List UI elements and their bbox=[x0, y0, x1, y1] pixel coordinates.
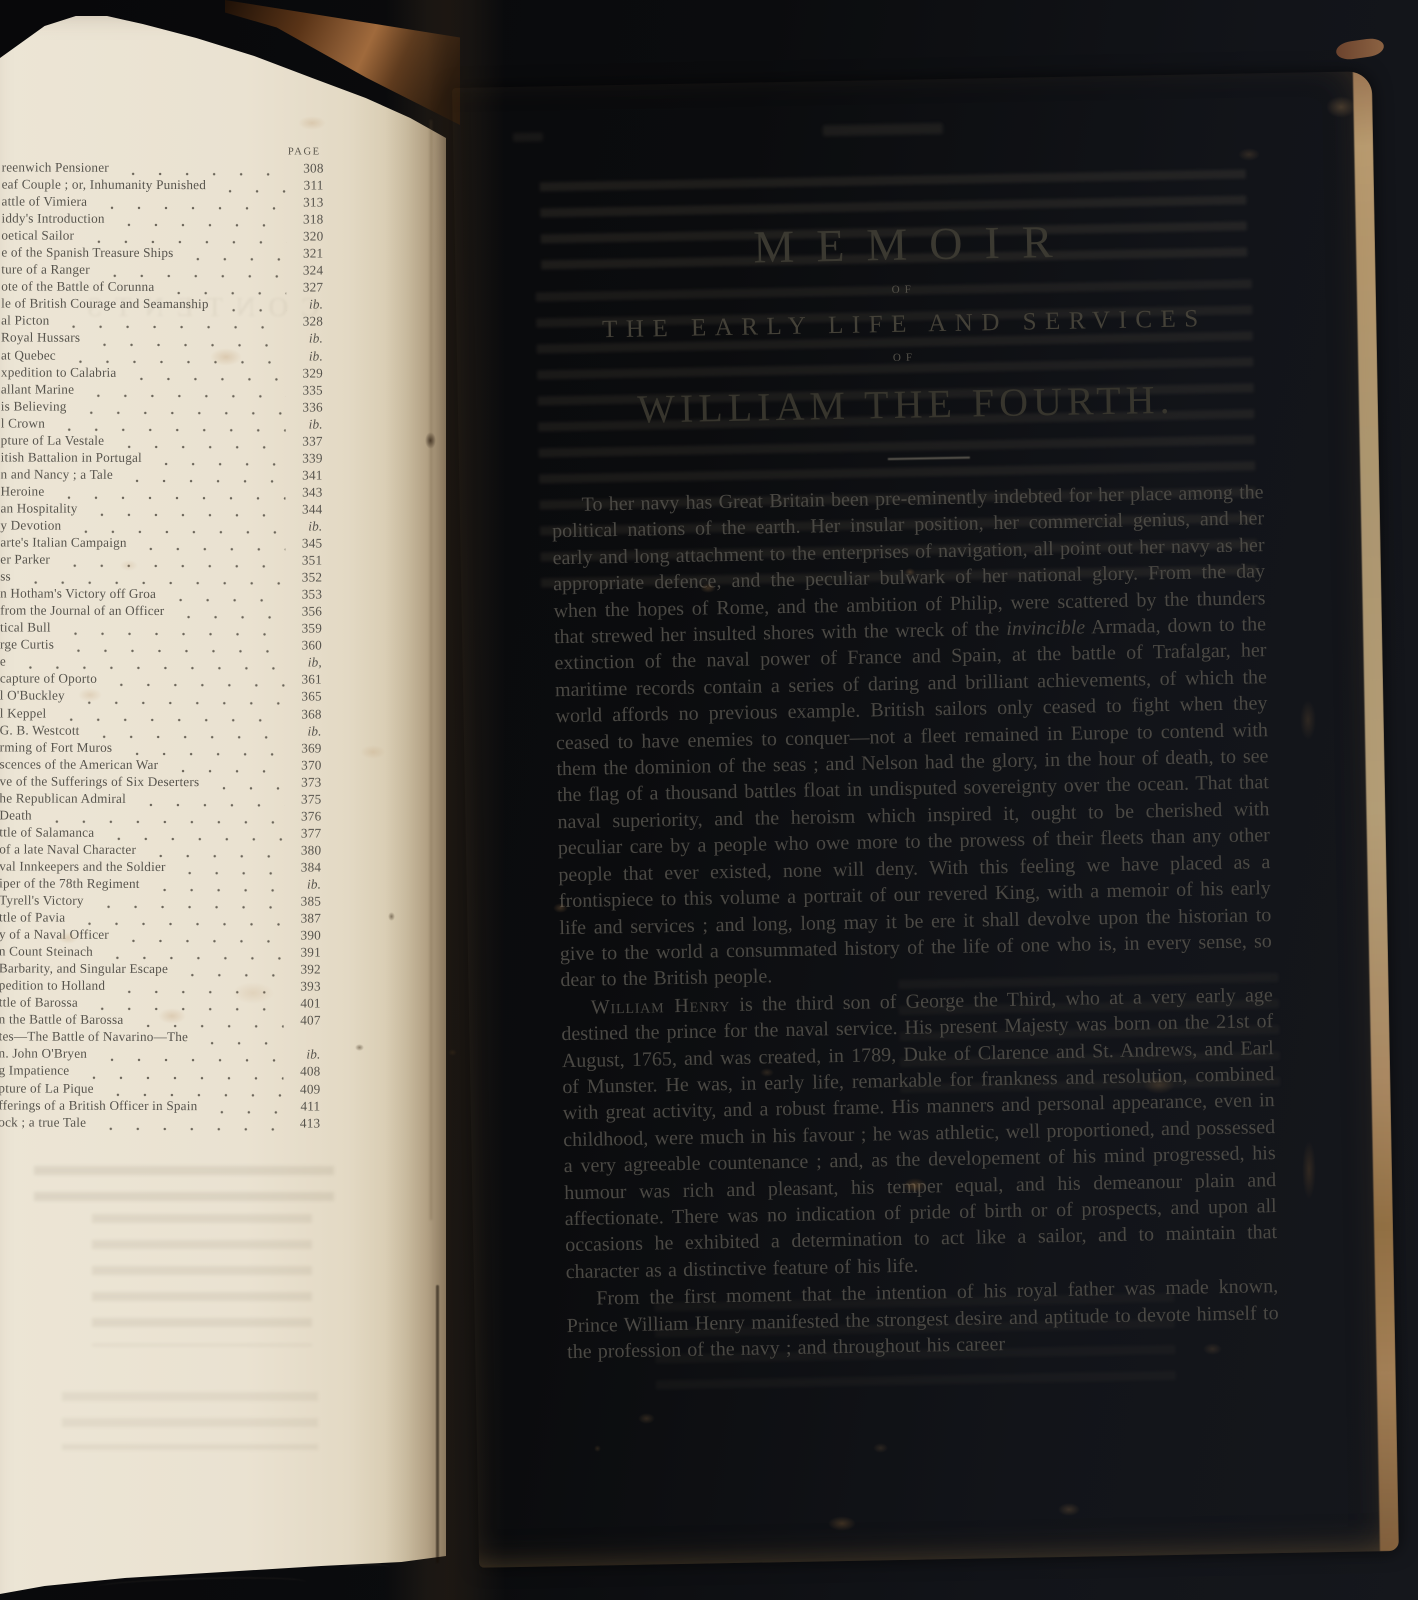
italic-text: invincible bbox=[1006, 617, 1085, 640]
small-caps-text: William Henry bbox=[591, 994, 731, 1019]
toc-entry-title: at Quebec bbox=[1, 347, 56, 363]
toc-entry: capture of Oporto 361 bbox=[0, 671, 322, 689]
dot-leader bbox=[110, 985, 284, 996]
toc-entry-title: Tyrell's Victory bbox=[0, 892, 84, 908]
dot-leader bbox=[85, 337, 286, 348]
toc-entry: xpedition to Calabria 329 bbox=[1, 364, 323, 382]
toc-entry: rge Curtis 360 bbox=[0, 637, 322, 655]
right-page: MEMOIR OF THE EARLY LIFE AND SERVICES OF… bbox=[452, 71, 1399, 1568]
memoir-paragraphs: To her navy has Great Britain been pre-e… bbox=[551, 479, 1279, 1365]
toc-entry-title: n. John O'Bryen bbox=[0, 1046, 87, 1062]
toc-entry-title: pture of La Vestale bbox=[1, 432, 105, 448]
toc-entry-title: he Republican Admiral bbox=[0, 790, 126, 806]
toc-entry: n and Nancy ; a Tale 341 bbox=[1, 466, 323, 484]
toc-entry: ture of a Ranger 324 bbox=[1, 262, 323, 280]
dot-leader bbox=[54, 320, 286, 331]
toc-entry-title: n the Battle of Barossa bbox=[0, 1012, 123, 1028]
toc-entry-page-number: 311 bbox=[292, 177, 324, 193]
toc-entry-page-number: 353 bbox=[290, 587, 322, 603]
toc-entry: tical Bull 359 bbox=[0, 620, 322, 638]
gutter-crease-line bbox=[436, 1285, 439, 1563]
memoir-paragraph: To her navy has Great Britain been pre-e… bbox=[551, 479, 1272, 994]
toc-entry-title: Death bbox=[0, 807, 32, 823]
toc-entry: n Count Steinach 391 bbox=[0, 944, 321, 962]
toc-entry-title: tes—The Battle of Navarino—The bbox=[0, 1029, 188, 1046]
toc-entry: itish Battalion in Portugal 339 bbox=[1, 449, 323, 467]
toc-entry-title: fferings of a British Officer in Spain bbox=[0, 1097, 197, 1114]
toc-entry-page-number: 345 bbox=[290, 535, 322, 551]
toc-entry-title: xpedition to Calabria bbox=[1, 364, 117, 380]
toc-entry-page-number: 318 bbox=[291, 212, 323, 228]
toc-entry-page-number: 385 bbox=[289, 893, 321, 909]
toc-entry-page-number: 361 bbox=[290, 672, 322, 688]
dot-leader bbox=[211, 184, 287, 194]
toc-entry-page-number: 380 bbox=[289, 842, 321, 858]
toc-entry: pedition to Holland 393 bbox=[0, 978, 321, 996]
toc-entry: al Picton 328 bbox=[1, 313, 323, 331]
toc-entry: Barbarity, and Singular Escape 392 bbox=[0, 961, 321, 979]
toc-entry-page-number: 368 bbox=[290, 706, 322, 722]
foxing-spot bbox=[448, 1049, 457, 1056]
toc-entry: ttle of Barossa 401 bbox=[0, 995, 321, 1013]
title-of-word: OF bbox=[548, 277, 1260, 302]
leather-corner-fragment bbox=[1335, 37, 1385, 62]
toc-entry: le of British Courage and Seamanship ib. bbox=[1, 296, 323, 314]
dot-leader bbox=[79, 388, 286, 399]
dot-leader bbox=[114, 934, 284, 945]
toc-entry-page-number: 365 bbox=[290, 689, 322, 705]
toc-entry-title: ve of the Sufferings of Six Deserters bbox=[0, 773, 199, 790]
bleed-through-text bbox=[92, 1214, 312, 1346]
toc-entry: oetical Sailor 320 bbox=[1, 228, 323, 246]
body-text: Armada, down to the extinction of the na… bbox=[554, 613, 1272, 991]
memoir-paragraph: William Henry is the third son of George… bbox=[561, 982, 1278, 1285]
toc-entry-title: pedition to Holland bbox=[0, 978, 105, 994]
toc-entry-title: l Crown bbox=[1, 415, 45, 431]
toc-entry-page-number: ib. bbox=[289, 876, 321, 892]
toc-entry-title: itish Battalion in Portugal bbox=[1, 449, 142, 465]
title-divider-rule bbox=[888, 457, 970, 461]
toc-entry-page-number: ib. bbox=[291, 416, 323, 432]
dot-leader bbox=[51, 712, 284, 723]
toc-entry-page-number: 335 bbox=[291, 382, 323, 398]
toc-entry-title: reenwich Pensioner bbox=[2, 159, 109, 175]
toc-entry-title: er Parker bbox=[0, 552, 50, 568]
toc-entry-page-number: 329 bbox=[291, 365, 323, 381]
toc-entry-title: tical Bull bbox=[0, 620, 51, 636]
toc-entry: Royal Hussars ib. bbox=[1, 330, 323, 348]
toc-entry: ttle of Salamanca 377 bbox=[0, 824, 321, 842]
toc-entry-title: from the Journal of an Officer bbox=[0, 603, 164, 620]
toc-entry-title: n Hotham's Victory off Groa bbox=[0, 586, 156, 603]
toc-entry-page-number: 390 bbox=[289, 928, 321, 944]
toc-entry: allant Marine 335 bbox=[1, 381, 323, 399]
toc-entry-page-number: 339 bbox=[291, 450, 323, 466]
dot-leader bbox=[109, 440, 286, 451]
toc-entry-page-number: 359 bbox=[290, 621, 322, 637]
toc-entry: an Hospitality 344 bbox=[0, 500, 322, 518]
toc-entry: scences of the American War 370 bbox=[0, 756, 322, 774]
dot-leader bbox=[214, 304, 286, 314]
toc-entry: y Devotion ib. bbox=[0, 517, 322, 535]
memoir-content: MEMOIR OF THE EARLY LIFE AND SERVICES OF… bbox=[544, 73, 1279, 1365]
toc-entry-page-number: 409 bbox=[288, 1081, 320, 1097]
toc-entry: iper of the 78th Regiment ib. bbox=[0, 875, 321, 893]
dot-leader bbox=[102, 678, 285, 689]
toc-entry-title: ttle of Pavia bbox=[0, 909, 65, 925]
toc-entry: l Crown ib. bbox=[1, 415, 323, 433]
dot-leader bbox=[95, 269, 287, 280]
toc-entry-page-number: 344 bbox=[290, 501, 322, 517]
toc-entry: tes—The Battle of Navarino—The bbox=[0, 1029, 321, 1047]
toc-entry-title: n Count Steinach bbox=[0, 944, 93, 960]
toc-entry: rming of Fort Muros 369 bbox=[0, 739, 322, 757]
toc-entry-title: ture of a Ranger bbox=[1, 262, 90, 278]
toc-entry-page-number: 375 bbox=[289, 791, 321, 807]
toc-entry-title: G. B. Westcott bbox=[0, 722, 80, 738]
toc-entry: ss 352 bbox=[0, 569, 322, 587]
pencil-scribble bbox=[344, 1563, 390, 1573]
memoir-paragraph: From the first moment that the intention… bbox=[566, 1273, 1279, 1365]
toc-entry-page-number: ib. bbox=[291, 348, 323, 364]
toc-entry-page-number: 324 bbox=[291, 263, 323, 279]
dot-leader bbox=[193, 1037, 284, 1047]
toc-entry-page-number: 341 bbox=[291, 467, 323, 483]
toc-entry-title: l O'Buckley bbox=[0, 688, 65, 704]
toc-entry-page-number: 377 bbox=[289, 825, 321, 841]
dot-leader bbox=[91, 1121, 283, 1132]
dot-leader bbox=[121, 371, 285, 382]
toc-entry-page-number: ib. bbox=[290, 723, 322, 739]
page-deckle-edge bbox=[1353, 71, 1399, 1551]
toc-rows: reenwich Pensioner 308 eaf Couple ; or, … bbox=[0, 159, 324, 1132]
toc-entry-title: n and Nancy ; a Tale bbox=[1, 466, 113, 482]
dot-leader bbox=[141, 849, 284, 859]
toc-entry-title: pture of La Pique bbox=[0, 1080, 94, 1096]
toc-entry-page-number: 384 bbox=[289, 859, 321, 875]
toc-entry: he Republican Admiral 375 bbox=[0, 790, 321, 808]
dot-leader bbox=[55, 559, 285, 570]
dot-leader bbox=[72, 405, 286, 416]
toc-entry: arte's Italian Campaign 345 bbox=[0, 534, 322, 552]
toc-entry: ve of the Sufferings of Six Deserters 37… bbox=[0, 773, 322, 791]
toc-entry: ttle of Pavia 387 bbox=[0, 909, 321, 927]
title-block: MEMOIR OF THE EARLY LIFE AND SERVICES OF… bbox=[547, 211, 1263, 466]
toc-entry: n Hotham's Victory off Groa 353 bbox=[0, 586, 322, 604]
toc-entry-title: allant Marine bbox=[1, 381, 74, 397]
toc-entry: Heroine 343 bbox=[0, 483, 322, 501]
toc-entry-title: Royal Hussars bbox=[1, 330, 80, 346]
toc-entry-page-number: 393 bbox=[289, 979, 321, 995]
dot-leader bbox=[56, 627, 285, 638]
dot-leader bbox=[117, 746, 284, 757]
toc-entry-page-number: ib, bbox=[290, 655, 322, 671]
toc-entry-title: Barbarity, and Singular Escape bbox=[0, 961, 168, 978]
dot-leader bbox=[118, 474, 286, 485]
toc-entry-page-number: 376 bbox=[289, 808, 321, 824]
dot-leader bbox=[202, 1105, 283, 1115]
toc-entry: l Keppel 368 bbox=[0, 705, 322, 723]
toc-entry: reenwich Pensioner 308 bbox=[2, 159, 324, 177]
toc-entry-page-number: 321 bbox=[291, 246, 323, 262]
dot-leader bbox=[92, 1053, 284, 1064]
toc-entry-title: e of the Spanish Treasure Ships bbox=[1, 245, 173, 262]
pencil-scribble bbox=[96, 1575, 306, 1593]
toc-entry-page-number: 369 bbox=[290, 740, 322, 756]
toc-entry-page-number: 320 bbox=[291, 229, 323, 245]
toc-entry-title: al Picton bbox=[1, 313, 49, 329]
toc-entry: val Innkeepers and the Soldier 384 bbox=[0, 858, 321, 876]
dot-leader bbox=[159, 286, 286, 296]
dot-leader bbox=[163, 764, 284, 774]
gutter-crease-line-faint bbox=[430, 120, 432, 1220]
dot-leader bbox=[99, 832, 284, 843]
toc-entry-page-number: ib. bbox=[289, 1047, 321, 1063]
toc-entry-page-number: 411 bbox=[288, 1098, 320, 1114]
toc-entry-page-number: ib. bbox=[290, 518, 322, 534]
toc-entry-page-number: 336 bbox=[291, 399, 323, 415]
toc-entry-page-number: 401 bbox=[289, 996, 321, 1012]
toc-entry-title: capture of Oporto bbox=[0, 671, 97, 687]
dot-leader bbox=[204, 781, 284, 791]
toc-entry: Death 376 bbox=[0, 807, 321, 825]
toc-entry-title: rming of Fort Muros bbox=[0, 739, 112, 755]
toc-entry: g Impatience 408 bbox=[0, 1063, 321, 1081]
toc-entry: er Parker 351 bbox=[0, 552, 322, 570]
toc-entry: iddy's Introduction 318 bbox=[1, 211, 323, 229]
toc-entry-title: g Impatience bbox=[0, 1063, 69, 1079]
dot-leader bbox=[173, 968, 284, 978]
dot-leader bbox=[85, 729, 285, 740]
toc-entry-page-number: 343 bbox=[290, 484, 322, 500]
toc-entry-title: y Devotion bbox=[0, 517, 61, 533]
toc-entry: n the Battle of Barossa 407 bbox=[0, 1012, 321, 1030]
toc-entry-page-number: ib. bbox=[291, 297, 323, 313]
toc-entry-page-number: ib. bbox=[291, 331, 323, 347]
toc-entry-title: attle of Vimiera bbox=[1, 194, 87, 210]
toc-entry: attle of Vimiera 313 bbox=[1, 194, 323, 212]
title-of-word: OF bbox=[549, 345, 1261, 370]
body-text: is the third son of George the Third, wh… bbox=[561, 984, 1277, 1283]
toc-entry: ock ; a true Tale 413 bbox=[0, 1114, 320, 1132]
dot-leader bbox=[147, 457, 286, 467]
toc-entry-title: ock ; a true Tale bbox=[0, 1114, 86, 1130]
toc-entry: pture of La Pique 409 bbox=[0, 1080, 320, 1098]
toc-entry: pture of La Vestale 337 bbox=[1, 432, 323, 450]
toc-entry: Tyrell's Victory 385 bbox=[0, 892, 321, 910]
dot-leader bbox=[83, 508, 286, 519]
bleed-through-text bbox=[34, 1166, 334, 1210]
dot-leader bbox=[145, 883, 285, 893]
dot-leader bbox=[161, 593, 285, 603]
book-photo: { "book": { "left_page": { "page_header"… bbox=[0, 0, 1418, 1600]
toc-entry: eaf Couple ; or, Inhumanity Punished 311 bbox=[2, 176, 324, 194]
toc-entry: from the Journal of an Officer 356 bbox=[0, 603, 322, 621]
body-text: From the first moment that the intention… bbox=[566, 1275, 1278, 1363]
toc-entry: fferings of a British Officer in Spain 4… bbox=[0, 1097, 320, 1115]
toc-entry-title: is Believing bbox=[1, 398, 67, 414]
toc-entry-title: e bbox=[0, 654, 6, 670]
toc-entry: ote of the Battle of Corunna 327 bbox=[1, 279, 323, 297]
dot-leader bbox=[171, 866, 285, 876]
toc-entry-title: ttle of Barossa bbox=[0, 995, 78, 1011]
dot-leader bbox=[132, 542, 286, 553]
toc-entry-title: of a late Naval Character bbox=[0, 841, 136, 857]
toc-entry-page-number: 337 bbox=[291, 433, 323, 449]
dot-leader bbox=[92, 201, 286, 212]
toc-entry: e of the Spanish Treasure Ships 321 bbox=[1, 245, 323, 263]
toc-entry-title: val Innkeepers and the Soldier bbox=[0, 858, 166, 875]
toc-entry: at Quebec ib. bbox=[1, 347, 323, 365]
toc-entry-title: arte's Italian Campaign bbox=[0, 534, 126, 550]
dot-leader bbox=[79, 235, 286, 246]
dot-leader bbox=[49, 491, 285, 502]
toc-entry-title: le of British Courage and Seamanship bbox=[1, 296, 209, 313]
toc-entry: l O'Buckley 365 bbox=[0, 688, 322, 706]
toc-page-column-header: PAGE bbox=[2, 145, 324, 157]
toc-entry-page-number: 351 bbox=[290, 553, 322, 569]
toc-entry-title: ote of the Battle of Corunna bbox=[1, 279, 154, 296]
king-title: WILLIAM THE FOURTH. bbox=[550, 374, 1263, 434]
toc-entry-page-number: 407 bbox=[289, 1013, 321, 1029]
toc-entry-title: Heroine bbox=[0, 483, 44, 499]
toc-entry: n. John O'Bryen ib. bbox=[0, 1046, 321, 1064]
toc-entry-page-number: 328 bbox=[291, 314, 323, 330]
toc-entry-title: rge Curtis bbox=[0, 637, 54, 653]
toc-entry-page-number: 387 bbox=[289, 911, 321, 927]
dot-leader bbox=[114, 167, 287, 178]
toc-entry-page-number: 360 bbox=[290, 638, 322, 654]
dot-leader bbox=[74, 1070, 283, 1081]
toc-entry-page-number: 408 bbox=[288, 1064, 320, 1080]
toc-entry-title: iper of the 78th Regiment bbox=[0, 875, 140, 891]
table-of-contents: PAGE reenwich Pensioner 308 eaf Couple ;… bbox=[0, 145, 324, 1132]
toc-entry-page-number: 413 bbox=[288, 1115, 320, 1131]
dot-leader bbox=[110, 218, 287, 229]
toc-entry-page-number: 327 bbox=[291, 280, 323, 296]
toc-entry-title: iddy's Introduction bbox=[1, 211, 104, 227]
toc-entry-page-number: 370 bbox=[290, 757, 322, 773]
toc-entry-page-number: 373 bbox=[289, 774, 321, 790]
toc-entry-page-number: 392 bbox=[289, 962, 321, 978]
dot-leader bbox=[131, 798, 285, 809]
toc-entry: of a late Naval Character 380 bbox=[0, 841, 321, 859]
toc-entry-page-number: 352 bbox=[290, 570, 322, 586]
dot-leader bbox=[98, 951, 284, 962]
bleed-through-folio bbox=[513, 132, 543, 142]
dot-leader bbox=[59, 644, 285, 655]
toc-entry-page-number: 313 bbox=[291, 195, 323, 211]
toc-entry-title: eaf Couple ; or, Inhumanity Punished bbox=[2, 176, 207, 193]
toc-entry-title: oetical Sailor bbox=[1, 228, 74, 244]
toc-entry-page-number: 356 bbox=[290, 604, 322, 620]
dot-leader bbox=[99, 1087, 284, 1098]
toc-entry: is Believing 336 bbox=[1, 398, 323, 416]
toc-entry: e ib, bbox=[0, 654, 322, 672]
toc-entry-page-number: 308 bbox=[292, 160, 324, 176]
memoir-subtitle: THE EARLY LIFE AND SERVICES bbox=[548, 304, 1260, 345]
bleed-through-text bbox=[62, 1392, 318, 1450]
toc-entry-title: scences of the American War bbox=[0, 756, 158, 773]
toc-entry-title: l Keppel bbox=[0, 705, 46, 721]
toc-entry: G. B. Westcott ib. bbox=[0, 722, 322, 740]
toc-entry-page-number: 391 bbox=[289, 945, 321, 961]
dot-leader bbox=[128, 1019, 283, 1030]
toc-entry-title: ttle of Salamanca bbox=[0, 824, 94, 840]
dot-leader bbox=[178, 252, 286, 262]
toc-entry: y of a Naval Officer 390 bbox=[0, 927, 321, 945]
dot-leader bbox=[169, 610, 285, 620]
dot-leader bbox=[83, 1002, 284, 1013]
toc-entry-title: ss bbox=[0, 569, 11, 585]
toc-entry-title: y of a Naval Officer bbox=[0, 927, 109, 943]
memoir-title: MEMOIR bbox=[547, 211, 1260, 277]
dot-leader bbox=[70, 695, 285, 706]
dot-leader bbox=[89, 900, 284, 911]
toc-entry-title: an Hospitality bbox=[0, 500, 77, 516]
